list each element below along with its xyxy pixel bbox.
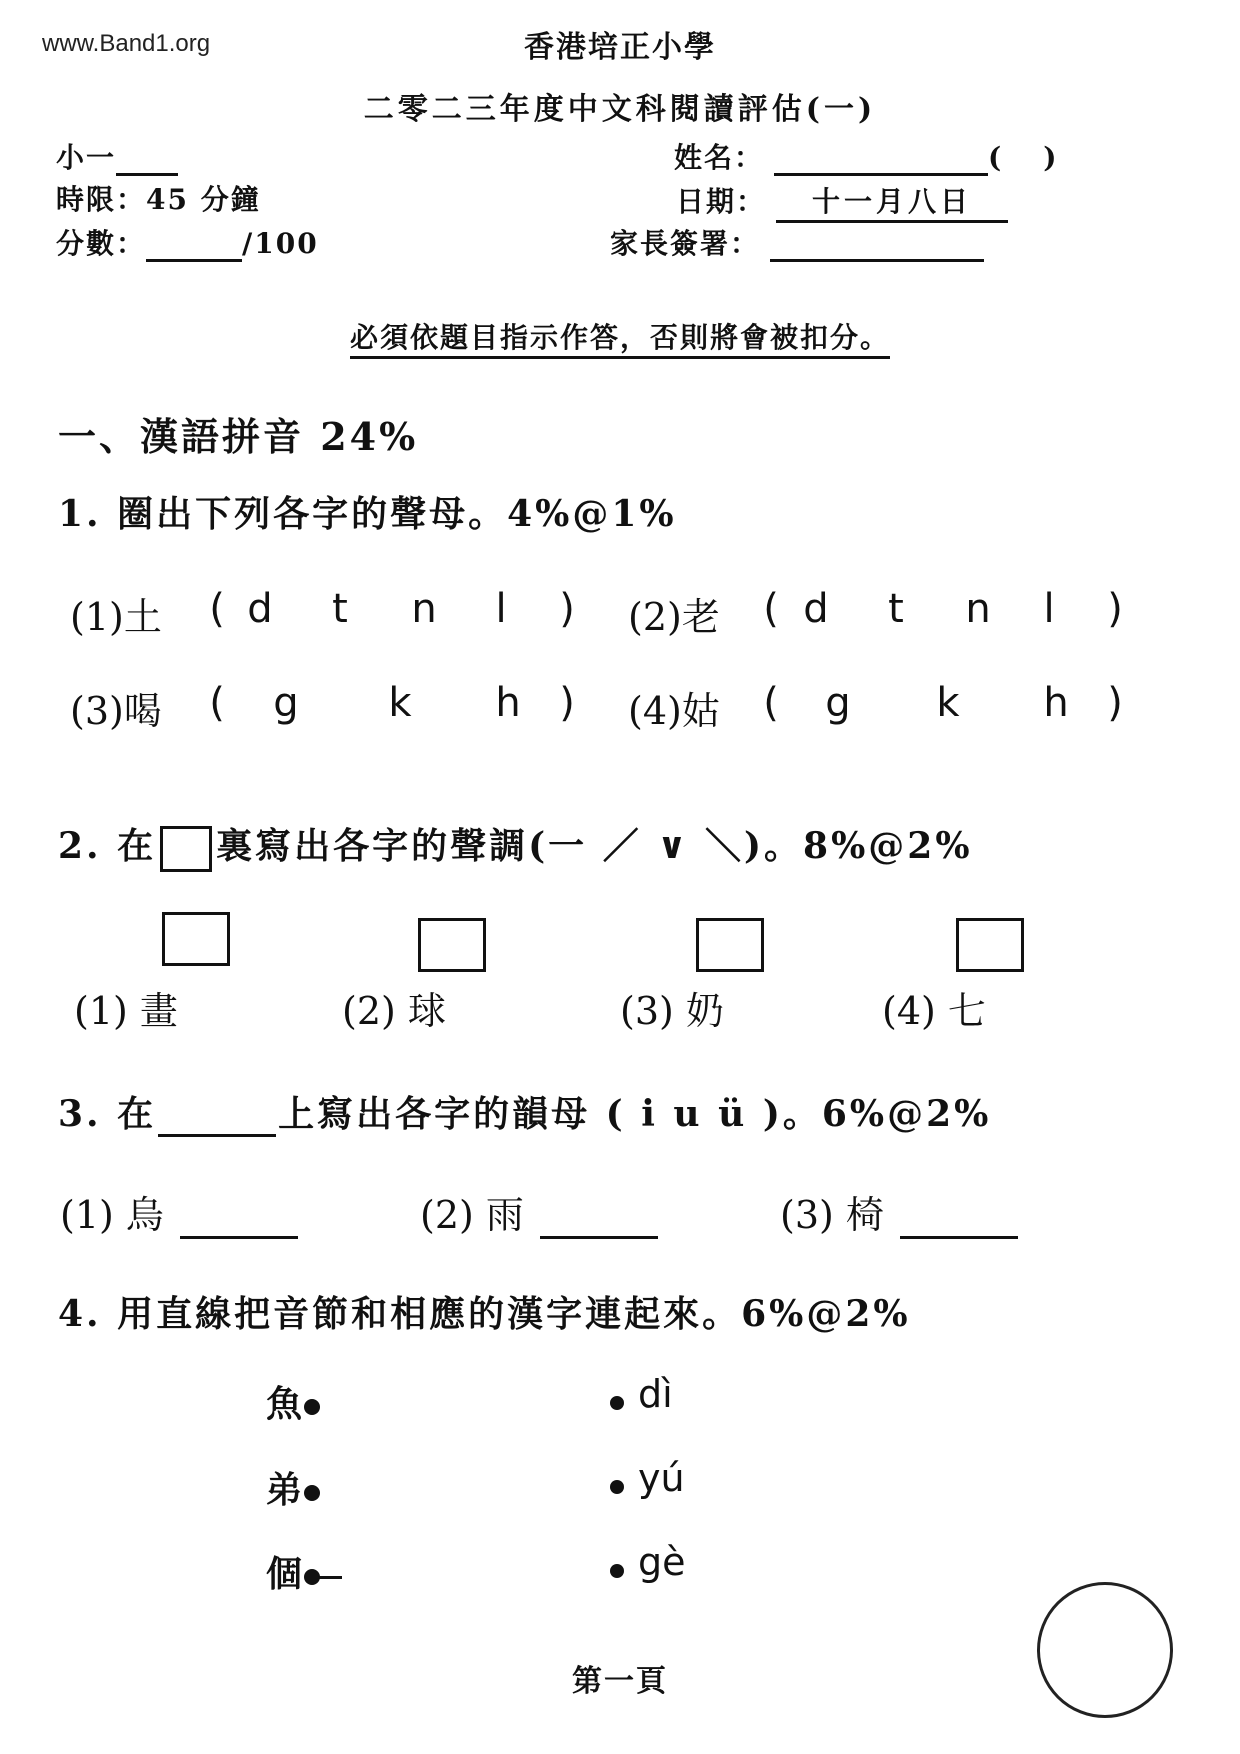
tone-item-1: (1) 畫 [74,980,178,1035]
tone-box-2[interactable] [418,918,486,972]
q1-item-3-close: ) [552,680,582,726]
score-total: /100 [242,227,319,260]
q1-item-1-option-t[interactable]: t [320,586,360,632]
dot-icon [610,1564,624,1578]
name-label: 姓名： [674,141,764,174]
q1-item-4-option-k[interactable]: k [928,680,968,726]
tone-item-2: (2) 球 [342,980,446,1035]
tone-box-1[interactable] [162,912,230,966]
name-input[interactable] [774,147,988,176]
final-item-3: (3) 椅 [780,1184,1018,1239]
square-box-icon [160,826,212,872]
q1-item-4-close: ) [1100,680,1130,726]
q1-item-3-option-g[interactable]: g [266,680,306,726]
q1-item-3-option-h[interactable]: h [488,680,528,726]
q1-item-1-option-l[interactable]: l [486,586,516,632]
class-field: 小一 [56,136,178,176]
match-character-2[interactable]: 弟 [266,1462,320,1513]
q1-item-2-close: ) [1100,586,1130,632]
tone-item-4: (4) 七 [882,980,986,1035]
q1-item-2-option-t[interactable]: t [876,586,916,632]
q1-item-2-option-l[interactable]: l [1034,586,1064,632]
match-pinyin-1[interactable]: dì [610,1372,673,1416]
class-number-close: ) [1043,141,1058,174]
q1-item-4-option-g[interactable]: g [818,680,858,726]
school-name: 香港培正小學 [0,22,1240,66]
q1-item-3-label: (3)喝 [70,680,162,735]
instruction: 必須依題目指示作答，否則將會被扣分。 [0,316,1240,356]
question-1-prompt: 1. 圈出下列各字的聲母。4%@1% [58,486,677,537]
q1-item-2-label: (2)老 [628,586,720,641]
dot-icon [304,1399,320,1415]
q1-item-4-open: ( [756,680,786,726]
section-title: 一、漢語拼音 24% [58,406,418,461]
final-input-3[interactable] [900,1206,1018,1239]
dot-icon [610,1396,624,1410]
q1-item-1-close: ) [552,586,582,632]
class-number-open: ( [988,141,1003,174]
parent-signature-field: 家長簽署： [610,222,984,262]
parent-signature-input[interactable] [770,233,984,262]
tone-item-3: (3) 奶 [620,980,724,1035]
final-input-1[interactable] [180,1206,298,1239]
score-label: 分數： [56,227,146,260]
time-limit: 時限：45 分鐘 [56,178,261,218]
q1-item-3-option-k[interactable]: k [380,680,420,726]
match-character-3[interactable]: 個 [266,1546,342,1597]
match-pinyin-3[interactable]: gè [610,1540,686,1584]
date-value: 十一月八日 [776,180,1008,223]
final-item-1: (1) 烏 [60,1184,298,1239]
dot-icon [304,1485,320,1501]
class-input[interactable] [116,147,178,176]
tone-box-3[interactable] [696,918,764,972]
q1-item-1-option-n[interactable]: n [404,586,444,632]
final-input-2[interactable] [540,1206,658,1239]
score-input[interactable] [146,233,242,262]
match-pinyin-2[interactable]: yú [610,1456,685,1500]
score-circle[interactable] [1037,1582,1173,1718]
class-label: 小一 [56,141,116,174]
q1-item-1-label: (1)土 [70,586,162,641]
tone-box-4[interactable] [956,918,1024,972]
parent-signature-label: 家長簽署： [610,227,760,260]
q1-item-2-option-d[interactable]: d [796,586,836,632]
drawn-line-stub [316,1576,342,1579]
question-2-prompt: 2. 在裏寫出各字的聲調(一 ／ ∨ ＼)。8%@2% [58,818,973,872]
dot-icon [610,1480,624,1494]
question-4-prompt: 4. 用直線把音節和相應的漢字連起來。6%@2% [58,1286,911,1337]
date-label: 日期： [676,185,766,218]
q1-item-1-open: ( [202,586,232,632]
match-character-1[interactable]: 魚 [266,1376,320,1427]
paper-title: 二零二三年度中文科閱讀評估(一) [0,84,1240,128]
question-3-prompt: 3. 在上寫出各字的韻母 ( i u ü )。6%@2% [58,1086,991,1137]
blank-line-icon [158,1104,276,1137]
q1-item-2-open: ( [756,586,786,632]
name-field: 姓名：() [674,136,1059,176]
q1-item-3-open: ( [202,680,232,726]
date-field: 日期：十一月八日 [676,180,1008,223]
final-item-2: (2) 雨 [420,1184,658,1239]
q1-item-1-option-d[interactable]: d [240,586,280,632]
q1-item-2-option-n[interactable]: n [958,586,998,632]
score-field: 分數：/100 [56,222,319,262]
q1-item-4-option-h[interactable]: h [1036,680,1076,726]
q1-item-4-label: (4)姑 [628,680,720,735]
